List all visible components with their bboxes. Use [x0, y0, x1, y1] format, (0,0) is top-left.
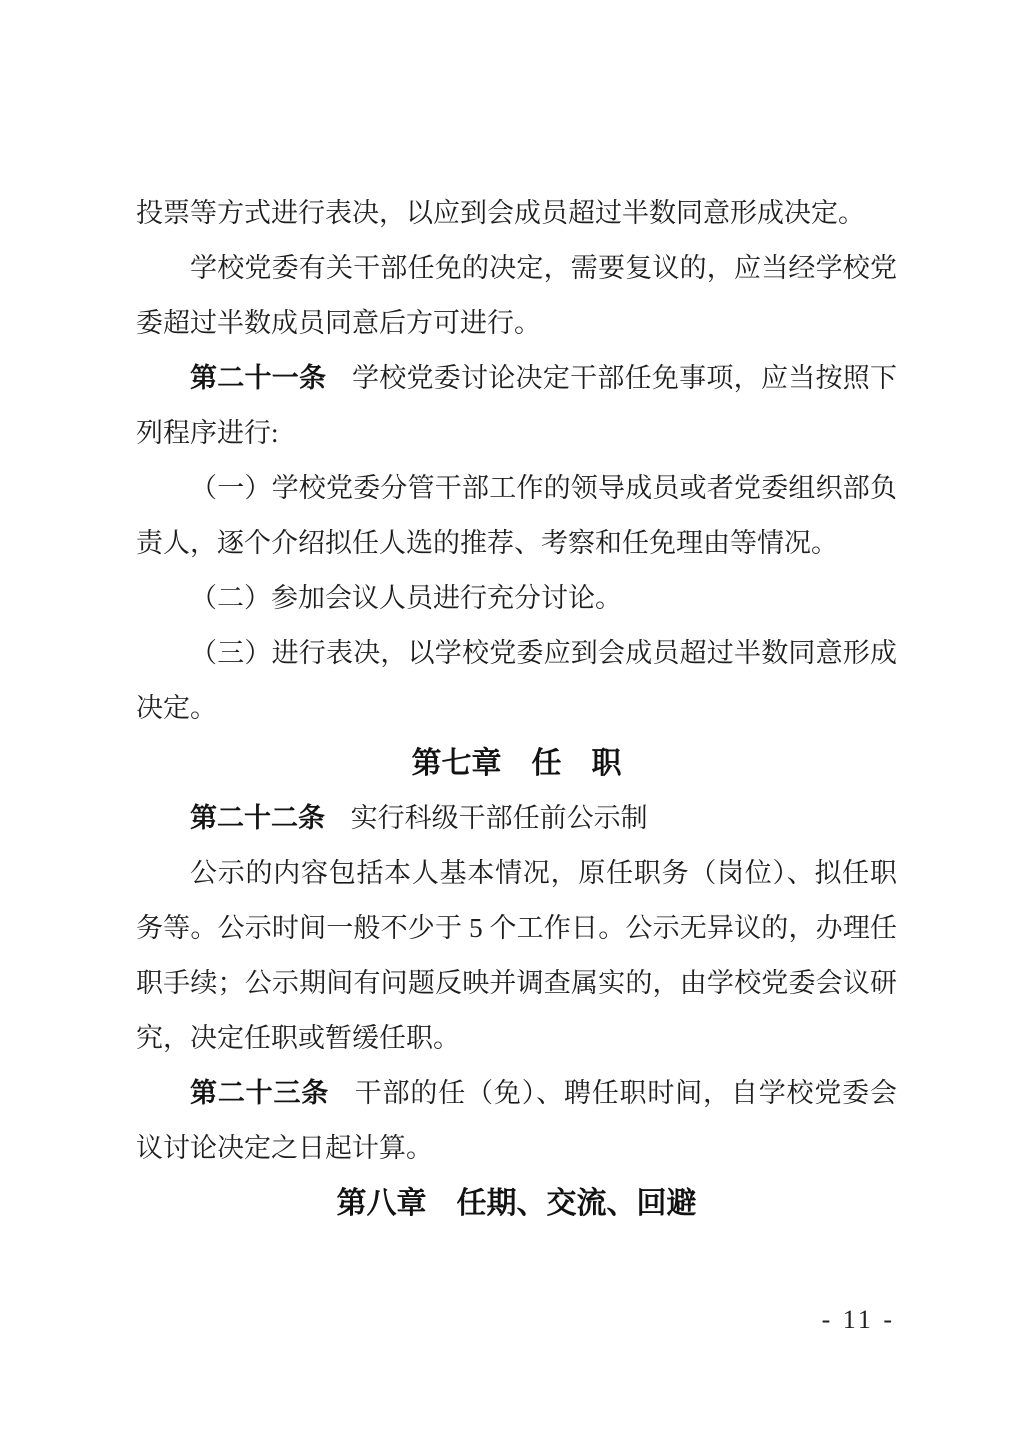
- article-number: 第二十三条: [190, 1078, 329, 1108]
- paragraph-text: 实行科级干部任前公示制: [351, 803, 648, 833]
- article-number: 第二十一条: [190, 363, 326, 393]
- page-number: - 11 -: [822, 1303, 895, 1337]
- document-content: 投票等方式进行表决，以应到会成员超过半数同意形成决定。学校党委有关干部任免的决定…: [136, 186, 897, 1231]
- paragraph: （二）参加会议人员进行充分讨论。: [136, 571, 897, 626]
- paragraph: 投票等方式进行表决，以应到会成员超过半数同意形成决定。: [136, 186, 897, 241]
- chapter-heading: 第七章 任 职: [136, 736, 897, 791]
- paragraph: 学校党委有关干部任免的决定，需要复议的，应当经学校党委超过半数成员同意后方可进行…: [136, 241, 897, 351]
- paragraph: 公示的内容包括本人基本情况，原任职务（岗位）、拟任职务等。公示时间一般不少于 5…: [136, 846, 897, 1066]
- article-number: 第二十二条: [190, 803, 325, 833]
- paragraph: 第二十二条实行科级干部任前公示制: [136, 791, 897, 846]
- paragraph: （一）学校党委分管干部工作的领导成员或者党委组织部负责人，逐个介绍拟任人选的推荐…: [136, 461, 897, 571]
- chapter-heading: 第八章 任期、交流、回避: [136, 1176, 897, 1231]
- document-page: 投票等方式进行表决，以应到会成员超过半数同意形成决定。学校党委有关干部任免的决定…: [0, 0, 1024, 1448]
- paragraph: （三）进行表决，以学校党委应到会成员超过半数同意形成决定。: [136, 626, 897, 736]
- paragraph: 第二十一条学校党委讨论决定干部任免事项，应当按照下列程序进行:: [136, 351, 897, 461]
- paragraph: 第二十三条干部的任（免）、聘任职时间，自学校党委会议讨论决定之日起计算。: [136, 1066, 897, 1176]
